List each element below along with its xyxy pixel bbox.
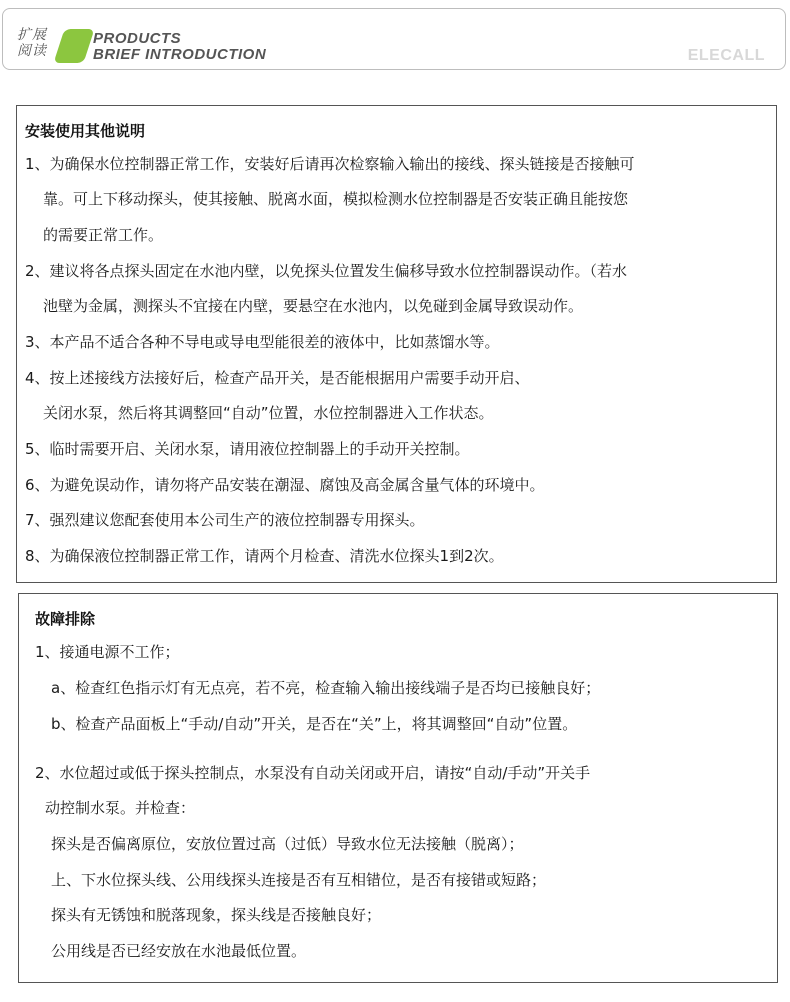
install-line-2: 靠。可上下移动探头，使其接触、脱离水面，模拟检测水位控制器是否安装正确且能按您 [43,189,628,209]
troubleshoot-line-6: 探头是否偏离原位，安放位置过高（过低）导致水位无法接触（脱离）； [51,834,524,854]
troubleshoot-line-3: b、检查产品面板上“手动/自动”开关，是否在“关”上，将其调整回“自动”位置。 [51,714,577,734]
troubleshoot-line-8: 探头有无锈蚀和脱落现象，探头线是否接触良好； [51,905,381,925]
header-banner: 扩展 阅读 PRODUCTS BRIEF INTRODUCTION ELECAL… [2,8,786,70]
install-line-12: 8、为确保液位控制器正常工作，请两个月检查、清洗水位探头1到2次。 [25,546,504,566]
header-en-title-line1: PRODUCTS [93,31,266,47]
install-line-8: 关闭水泵，然后将其调整回“自动”位置，水位控制器进入工作状态。 [43,403,494,423]
header-cn-label: 扩展 阅读 [17,27,47,59]
troubleshoot-title: 故障排除 [35,608,95,629]
troubleshoot-line-2: a、检查红色指示灯有无点亮，若不亮，检查输入输出接线端子是否均已接触良好； [51,678,600,698]
brand-logo-text: ELECALL [688,47,765,65]
install-line-5: 池壁为金属，测探头不宜接在内壁，要悬空在水池内，以免碰到金属导致误动作。 [43,296,583,316]
install-line-7: 4、按上述接线方法接好后，检查产品开关，是否能根据用户需要手动开启、 [25,368,530,388]
troubleshoot-line-4: 2、水位超过或低于探头控制点，水泵没有自动关闭或开启，请按“自动/手动”开关手 [35,763,590,783]
install-line-1: 1、为确保水位控制器正常工作，安装好后请再次检察输入输出的接线、探头链接是否接触… [25,154,635,174]
header-en-title-line2: BRIEF INTRODUCTION [93,47,266,63]
install-notes-title: 安装使用其他说明 [25,120,145,141]
install-line-10: 6、为避免误动作，请勿将产品安装在潮湿、腐蚀及高金属含量气体的环境中。 [25,475,545,495]
install-line-6: 3、本产品不适合各种不导电或导电型能很差的液体中，比如蒸馏水等。 [25,332,500,352]
install-line-4: 2、建议将各点探头固定在水池内壁，以免探头位置发生偏移导致水位控制器误动作。（若… [25,261,627,281]
install-line-11: 7、强烈建议您配套使用本公司生产的液位控制器专用探头。 [25,510,425,530]
header-cn-label-line1: 扩展 [17,27,47,43]
header-cn-label-line2: 阅读 [17,43,47,59]
header-en-title: PRODUCTS BRIEF INTRODUCTION [93,31,266,63]
install-line-9: 5、临时需要开启、关闭水泵，请用液位控制器上的手动开关控制。 [25,439,470,459]
install-line-3: 的需要正常工作。 [43,225,163,245]
troubleshoot-section: 故障排除 1、接通电源不工作； a、检查红色指示灯有无点亮，若不亮，检查输入输出… [18,593,778,983]
troubleshoot-line-7: 上、下水位探头线、公用线探头连接是否有互相错位，是否有接错或短路； [51,870,546,890]
install-notes-section: 安装使用其他说明 1、为确保水位控制器正常工作，安装好后请再次检察输入输出的接线… [16,105,777,583]
troubleshoot-line-9: 公用线是否已经安放在水池最低位置。 [51,941,306,961]
troubleshoot-line-5: 动控制水泵。并检查： [45,798,195,818]
green-tab-icon [53,29,94,63]
troubleshoot-line-1: 1、接通电源不工作； [35,642,180,662]
